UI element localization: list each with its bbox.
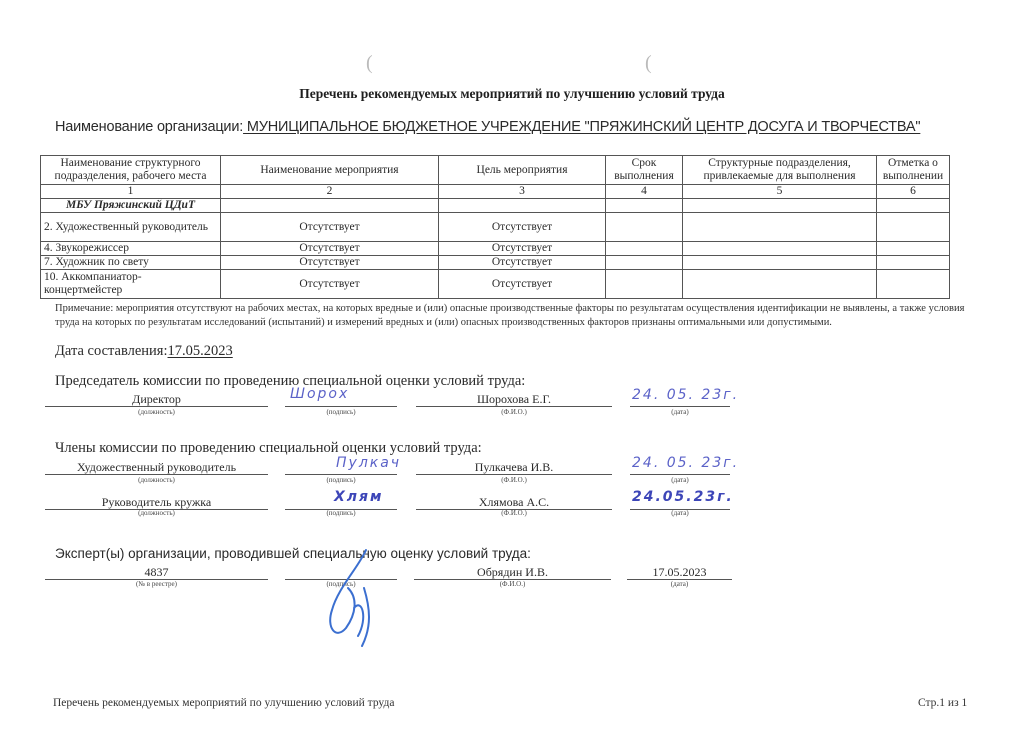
scan-mark: (	[645, 52, 652, 75]
expert-registry-number: 4837	[45, 565, 268, 580]
column-number: 1	[41, 185, 221, 199]
measure-cell: Отсутствует	[221, 256, 439, 270]
workplace-cell: 2. Художественный руководитель	[41, 213, 221, 242]
chairman-date: 24. 05. 23г.	[632, 387, 739, 403]
expert-name: Обрядин И.В.	[414, 565, 611, 580]
deadline-cell	[606, 242, 683, 256]
workplace-cell: 7. Художник по свету	[41, 256, 221, 270]
members-heading: Члены комиссии по проведению специальной…	[55, 440, 482, 457]
column-number: 5	[683, 185, 877, 199]
page-number: Стр.1 из 1	[918, 697, 967, 709]
table-row: 7. Художник по свету Отсутствует Отсутст…	[41, 256, 950, 270]
chairman-signature: Шорох	[290, 386, 349, 402]
deadline-cell	[606, 256, 683, 270]
caption-date: (дата)	[630, 408, 730, 416]
header-measure: Наименование мероприятия	[221, 156, 439, 185]
caption-registry: (№ в реестре)	[45, 580, 268, 588]
caption-position: (должность)	[45, 408, 268, 416]
measures-table: Наименование структурного подразделения,…	[40, 155, 950, 299]
mark-cell	[877, 242, 950, 256]
goal-cell: Отсутствует	[439, 242, 606, 256]
scan-mark: (	[366, 52, 373, 75]
organization-name: МУНИЦИПАЛЬНОЕ БЮДЖЕТНОЕ УЧРЕЖДЕНИЕ "ПРЯЖ…	[243, 119, 920, 135]
goal-cell: Отсутствует	[439, 270, 606, 299]
goal-cell: Отсутствует	[439, 213, 606, 242]
member-name: Хлямова А.С.	[416, 495, 612, 510]
member-position: Руководитель кружка	[45, 495, 268, 510]
departments-cell	[683, 242, 877, 256]
table-row: 10. Аккомпаниатор-концертмейстер Отсутст…	[41, 270, 950, 299]
column-number: 3	[439, 185, 606, 199]
deadline-cell	[606, 213, 683, 242]
table-row: 4. Звукорежиссер Отсутствует Отсутствует	[41, 242, 950, 256]
document-title: Перечень рекомендуемых мероприятий по ул…	[0, 86, 1024, 102]
member-signature: Хлям	[334, 489, 383, 505]
member-name: Пулкачева И.В.	[416, 460, 612, 475]
compiled-date-line: Дата составления:17.05.2023	[55, 343, 233, 360]
header-deadline: Срок выполнения	[606, 156, 683, 185]
caption-date: (дата)	[627, 580, 732, 588]
header-mark: Отметка о выполнении	[877, 156, 950, 185]
caption-date: (дата)	[630, 476, 730, 484]
member-date: 24. 05. 23г.	[632, 455, 739, 471]
chairman-name: Шорохова Е.Г.	[416, 392, 612, 407]
footer-title: Перечень рекомендуемых мероприятий по ул…	[53, 697, 394, 709]
header-workplace: Наименование структурного подразделения,…	[41, 156, 221, 185]
measure-cell: Отсутствует	[221, 242, 439, 256]
departments-cell	[683, 270, 877, 299]
caption-date: (дата)	[630, 509, 730, 517]
column-number: 6	[877, 185, 950, 199]
member-signature: Пулкач	[336, 455, 401, 471]
expert-signature-icon	[318, 548, 388, 648]
group-row: МБУ Пряжинский ЦДиТ	[41, 199, 950, 213]
caption-signature: (подпись)	[285, 509, 397, 517]
measure-cell: Отсутствует	[221, 213, 439, 242]
chairman-position: Директор	[45, 392, 268, 407]
table-row: 2. Художественный руководитель Отсутству…	[41, 213, 950, 242]
group-name: МБУ Пряжинский ЦДиТ	[41, 199, 221, 213]
caption-signature: (подпись)	[285, 476, 397, 484]
caption-name: (Ф.И.О.)	[416, 408, 612, 416]
caption-position: (должность)	[45, 509, 268, 517]
caption-signature: (подпись)	[285, 408, 397, 416]
caption-name: (Ф.И.О.)	[416, 509, 612, 517]
caption-name: (Ф.И.О.)	[416, 476, 612, 484]
deadline-cell	[606, 270, 683, 299]
expert-heading: Эксперт(ы) организации, проводившей спец…	[55, 546, 531, 561]
departments-cell	[683, 256, 877, 270]
departments-cell	[683, 213, 877, 242]
mark-cell	[877, 213, 950, 242]
column-number-row: 1 2 3 4 5 6	[41, 185, 950, 199]
workplace-cell: 4. Звукорежиссер	[41, 242, 221, 256]
expert-date: 17.05.2023	[627, 565, 732, 580]
organization-line: Наименование организации: МУНИЦИПАЛЬНОЕ …	[55, 119, 920, 135]
column-number: 2	[221, 185, 439, 199]
mark-cell	[877, 256, 950, 270]
caption-position: (должность)	[45, 476, 268, 484]
member-date: 24.05.23г.	[632, 489, 734, 505]
workplace-cell: 10. Аккомпаниатор-концертмейстер	[41, 270, 221, 299]
caption-name: (Ф.И.О.)	[414, 580, 611, 588]
column-number: 4	[606, 185, 683, 199]
organization-label: Наименование организации:	[55, 119, 243, 135]
measure-cell: Отсутствует	[221, 270, 439, 299]
mark-cell	[877, 270, 950, 299]
member-position: Художественный руководитель	[45, 460, 268, 475]
header-goal: Цель мероприятия	[439, 156, 606, 185]
goal-cell: Отсутствует	[439, 256, 606, 270]
header-departments: Структурные подразделения, привлекаемые …	[683, 156, 877, 185]
compiled-date-label: Дата составления:	[55, 343, 168, 359]
table-header-row: Наименование структурного подразделения,…	[41, 156, 950, 185]
compiled-date-value: 17.05.2023	[168, 343, 233, 359]
table-note: Примечание: мероприятия отсутствуют на р…	[55, 302, 985, 329]
